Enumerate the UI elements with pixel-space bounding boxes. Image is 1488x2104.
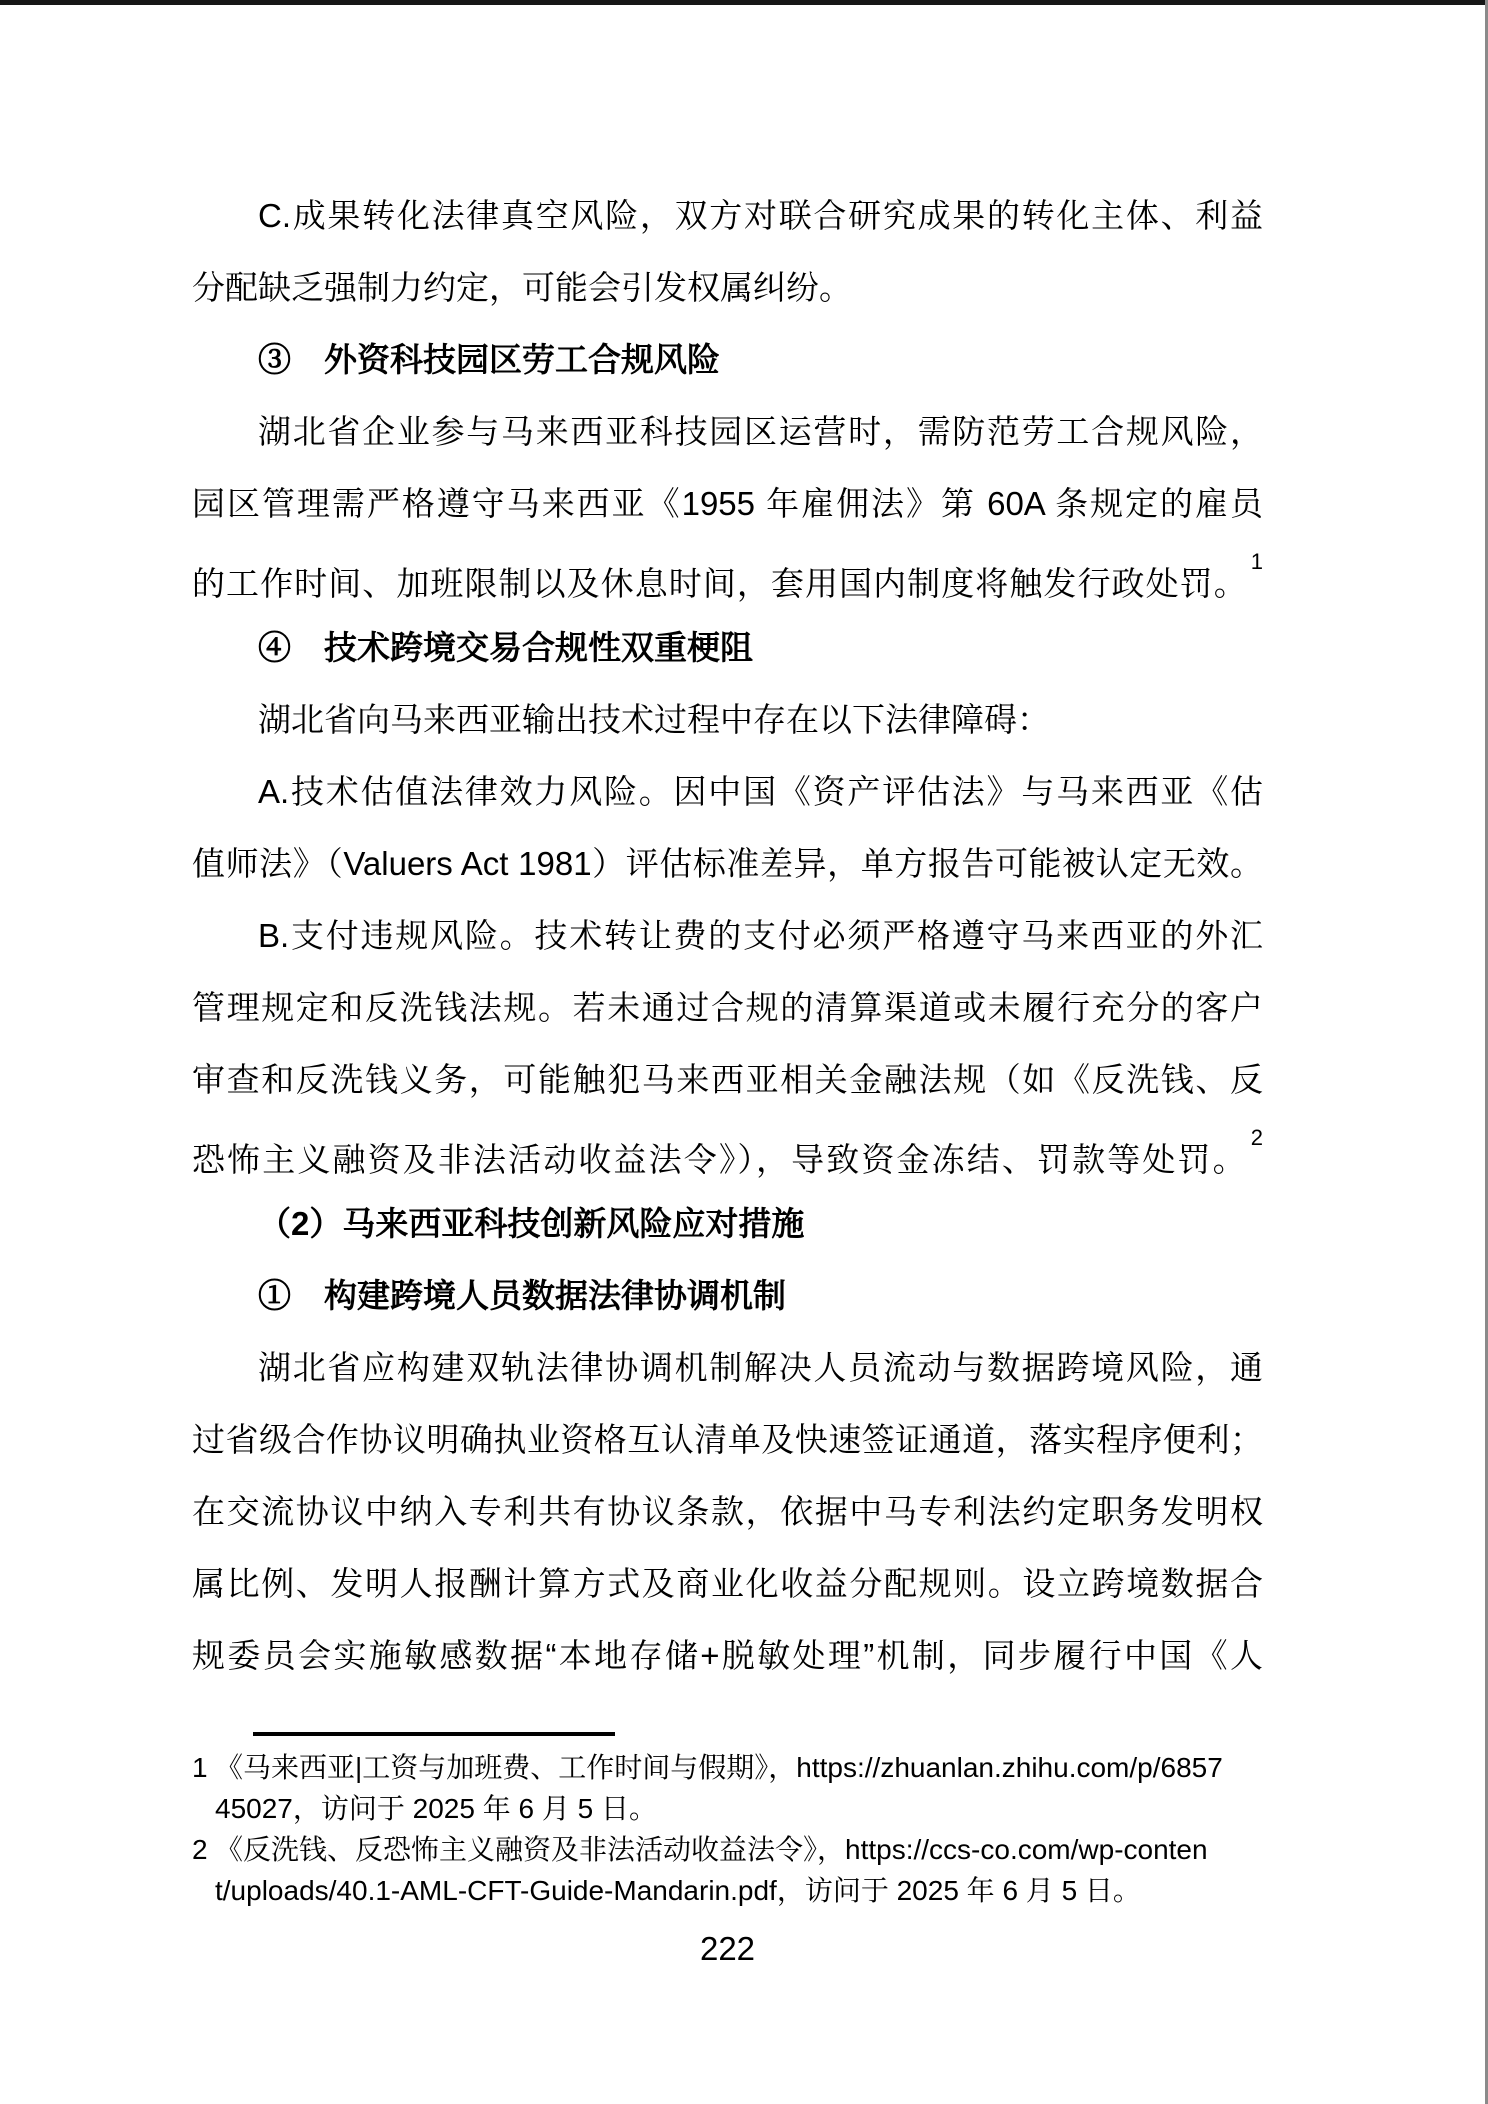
section-heading: ③ 外资科技园区劳工合规风险	[192, 324, 1263, 396]
body-line: 属比例、发明人报酬计算方式及商业化收益分配规则。设立跨境数据合	[192, 1548, 1263, 1620]
footnote-line: 45027，访问于 2025 年 6 月 5 日。	[192, 1788, 1272, 1829]
section-heading: ④ 技术跨境交易合规性双重梗阻	[192, 612, 1263, 684]
footnote-line: 1《马来西亚|工资与加班费、工作时间与假期》，https://zhuanlan.…	[192, 1747, 1272, 1788]
footnote-line: 2《反洗钱、反恐怖主义融资及非法活动收益法令》，https://ccs-co.c…	[192, 1829, 1272, 1870]
footnote-separator	[253, 1732, 615, 1736]
footnote-text: 《反洗钱、反恐怖主义融资及非法活动收益法令》，https://ccs-co.co…	[215, 1834, 1208, 1865]
body-line-text: 恐怖主义融资及非法活动收益法令》），导致资金冻结、罚款等处罚。	[192, 1141, 1248, 1178]
section-heading: ① 构建跨境人员数据法律协调机制	[192, 1260, 1263, 1332]
document-page: C.成果转化法律真空风险，双方对联合研究成果的转化主体、利益 分配缺乏强制力约定…	[0, 0, 1488, 2104]
footnote-ref-1: 1	[1251, 549, 1263, 574]
body-line: 湖北省向马来西亚输出技术过程中存在以下法律障碍：	[192, 684, 1263, 756]
footnote-marker: 2	[192, 1829, 215, 1870]
body-line: 审查和反洗钱义务，可能触犯马来西亚相关金融法规（如《反洗钱、反	[192, 1044, 1263, 1116]
body-line: 的工作时间、加班限制以及休息时间，套用国内制度将触发行政处罚。1	[192, 540, 1263, 612]
body-line: 湖北省应构建双轨法律协调机制解决人员流动与数据跨境风险，通	[192, 1332, 1263, 1404]
page-number: 222	[192, 1930, 1263, 1968]
body-text: C.成果转化法律真空风险，双方对联合研究成果的转化主体、利益 分配缺乏强制力约定…	[192, 180, 1263, 1692]
section-heading: （2）马来西亚科技创新风险应对措施	[192, 1188, 1263, 1260]
body-line: 恐怖主义融资及非法活动收益法令》），导致资金冻结、罚款等处罚。2	[192, 1116, 1263, 1188]
page-top-border	[0, 0, 1488, 5]
body-line: 在交流协议中纳入专利共有协议条款，依据中马专利法约定职务发明权	[192, 1476, 1263, 1548]
footnote-line: t/uploads/40.1-AML-CFT-Guide-Mandarin.pd…	[192, 1870, 1272, 1911]
body-line-text: 的工作时间、加班限制以及休息时间，套用国内制度将触发行政处罚。	[192, 565, 1248, 602]
footnote-ref-2: 2	[1251, 1125, 1263, 1150]
footnote-marker: 1	[192, 1747, 215, 1788]
footnote-text: 《马来西亚|工资与加班费、工作时间与假期》，https://zhuanlan.z…	[215, 1752, 1223, 1783]
body-line: C.成果转化法律真空风险，双方对联合研究成果的转化主体、利益	[192, 180, 1263, 252]
body-line: B.支付违规风险。技术转让费的支付必须严格遵守马来西亚的外汇	[192, 900, 1263, 972]
body-line: 过省级合作协议明确执业资格互认清单及快速签证通道，落实程序便利；	[192, 1404, 1263, 1476]
body-line: 规委员会实施敏感数据“本地存储+脱敏处理”机制，同步履行中国《人	[192, 1620, 1263, 1692]
body-line: 分配缺乏强制力约定，可能会引发权属纠纷。	[192, 252, 1263, 324]
body-line: 湖北省企业参与马来西亚科技园区运营时，需防范劳工合规风险，	[192, 396, 1263, 468]
body-line: A.技术估值法律效力风险。因中国《资产评估法》与马来西亚《估	[192, 756, 1263, 828]
body-line: 管理规定和反洗钱法规。若未通过合规的清算渠道或未履行充分的客户	[192, 972, 1263, 1044]
footnotes: 1《马来西亚|工资与加班费、工作时间与假期》，https://zhuanlan.…	[192, 1747, 1272, 1911]
body-line: 值师法》（Valuers Act 1981）评估标准差异，单方报告可能被认定无效…	[192, 828, 1263, 900]
body-line: 园区管理需严格遵守马来西亚《1955 年雇佣法》第 60A 条规定的雇员	[192, 468, 1263, 540]
